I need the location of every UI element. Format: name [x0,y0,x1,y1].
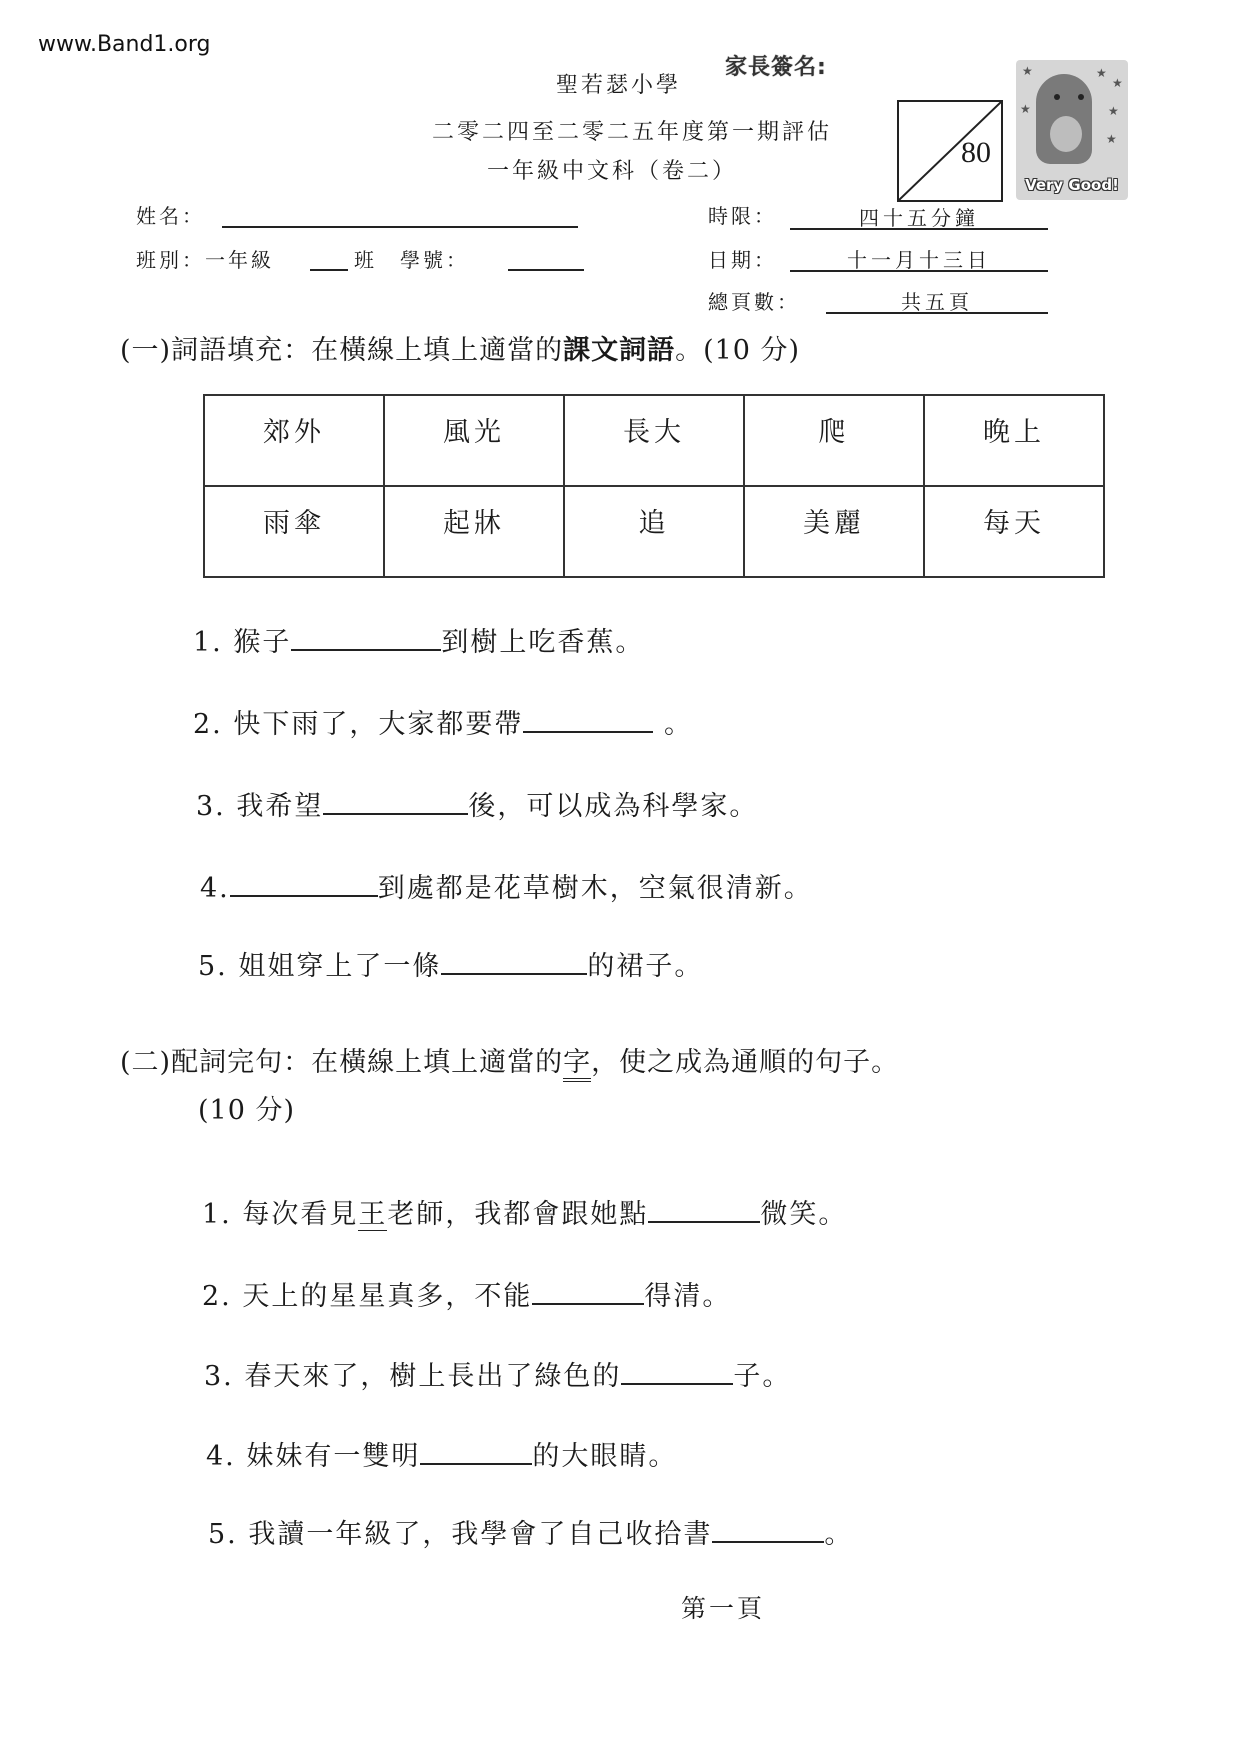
answer-blank[interactable] [441,947,587,975]
s1-question-4: 4.到處都是花草樹木，空氣很清新。 [200,866,813,905]
answer-blank[interactable] [621,1357,733,1385]
s2-question-4: 4. 妹妹有一雙明的大眼睛。 [206,1434,677,1473]
s2-question-5: 5. 我讀一年級了，我學會了自己收拾書。 [208,1512,853,1551]
s1-question-2: 2. 快下雨了，大家都要帶 。 [193,702,693,741]
word-bank-cell: 郊外 [204,395,384,486]
time-value: 四十五分鐘 [790,202,1048,231]
sticker-text: Very Good! [1018,176,1126,194]
class-label: 班別：一年級 [136,244,274,273]
date-value: 十一月十三日 [790,244,1048,273]
word-bank-row: 郊外 風光 長大 爬 晚上 [204,395,1104,486]
word-bank-cell: 爬 [744,395,924,486]
word-bank-row: 雨傘 起牀 追 美麗 每天 [204,486,1104,577]
word-bank-cell: 長大 [564,395,744,486]
s1-question-3: 3. 我希望後，可以成為科學家。 [196,784,758,823]
answer-blank[interactable] [230,869,378,897]
word-bank-cell: 追 [564,486,744,577]
watermark-url: www.Band1.org [38,32,211,57]
word-bank-cell: 雨傘 [204,486,384,577]
answer-blank[interactable] [323,787,468,815]
pages-value: 共五頁 [826,286,1048,315]
star-icon: ★ [1020,102,1031,116]
word-bank-cell: 每天 [924,486,1104,577]
star-icon: ★ [1022,64,1033,78]
page-number: 第一頁 [681,1589,765,1625]
answer-blank[interactable] [648,1195,760,1223]
star-icon: ★ [1096,66,1107,80]
date-underline [790,270,1048,272]
word-bank-cell: 美麗 [744,486,924,577]
word-bank-cell: 風光 [384,395,564,486]
school-name: 聖若瑟小學 [556,68,681,99]
subject-title: 一年級中文科（卷二） [487,154,737,185]
s2-question-3: 3. 春天來了，樹上長出了綠色的子。 [204,1354,791,1393]
name-label: 姓名： [136,200,205,229]
star-icon: ★ [1106,132,1117,146]
s1-question-5: 5. 姐姐穿上了一條的裙子。 [198,944,703,983]
word-bank-cell: 起牀 [384,486,564,577]
section1-emphasis: 課文詞語 [563,335,675,366]
student-number-field[interactable] [508,269,584,271]
section2-title: (二)配詞完句：在橫線上填上適當的字，使之成為通順的句子。 [120,1040,899,1079]
score-box: 80 [897,100,1003,202]
time-label: 時限： [708,200,777,229]
section1-title: (一)詞語填充：在橫線上填上適當的課文詞語。(10 分) [120,328,800,367]
assessment-title: 二零二四至二零二五年度第一期評估 [432,115,832,146]
word-bank-cell: 晚上 [924,395,1104,486]
pages-underline [826,312,1048,314]
section2-marks: (10 分) [198,1088,295,1127]
time-underline [790,228,1048,230]
class-field[interactable] [310,269,348,271]
s1-question-1: 1. 猴子到樹上吃香蕉。 [193,620,644,659]
s2-question-2: 2. 天上的星星真多，不能得清。 [202,1274,731,1313]
very-good-sticker: ★ ★ ★ ★ ★ ★ Very Good! [1016,60,1128,200]
answer-blank[interactable] [523,705,653,733]
number-label: 學號： [400,244,469,273]
name-field[interactable] [222,226,578,228]
star-icon: ★ [1112,76,1123,90]
star-icon: ★ [1108,104,1119,118]
date-label: 日期： [708,244,777,273]
parent-signature-label: 家長簽名: [725,50,827,81]
pages-label: 總頁數： [708,286,800,315]
s2-question-1: 1. 每次看見王老師，我都會跟她點微笑。 [202,1192,847,1231]
answer-blank[interactable] [532,1277,644,1305]
word-bank-table: 郊外 風光 長大 爬 晚上 雨傘 起牀 追 美麗 每天 [203,394,1105,578]
answer-blank[interactable] [420,1437,532,1465]
class-suffix: 班 [354,244,377,273]
answer-blank[interactable] [712,1515,824,1543]
total-score: 80 [961,136,991,170]
section2-emphasis: 字 [563,1047,591,1082]
answer-blank[interactable] [291,623,441,651]
